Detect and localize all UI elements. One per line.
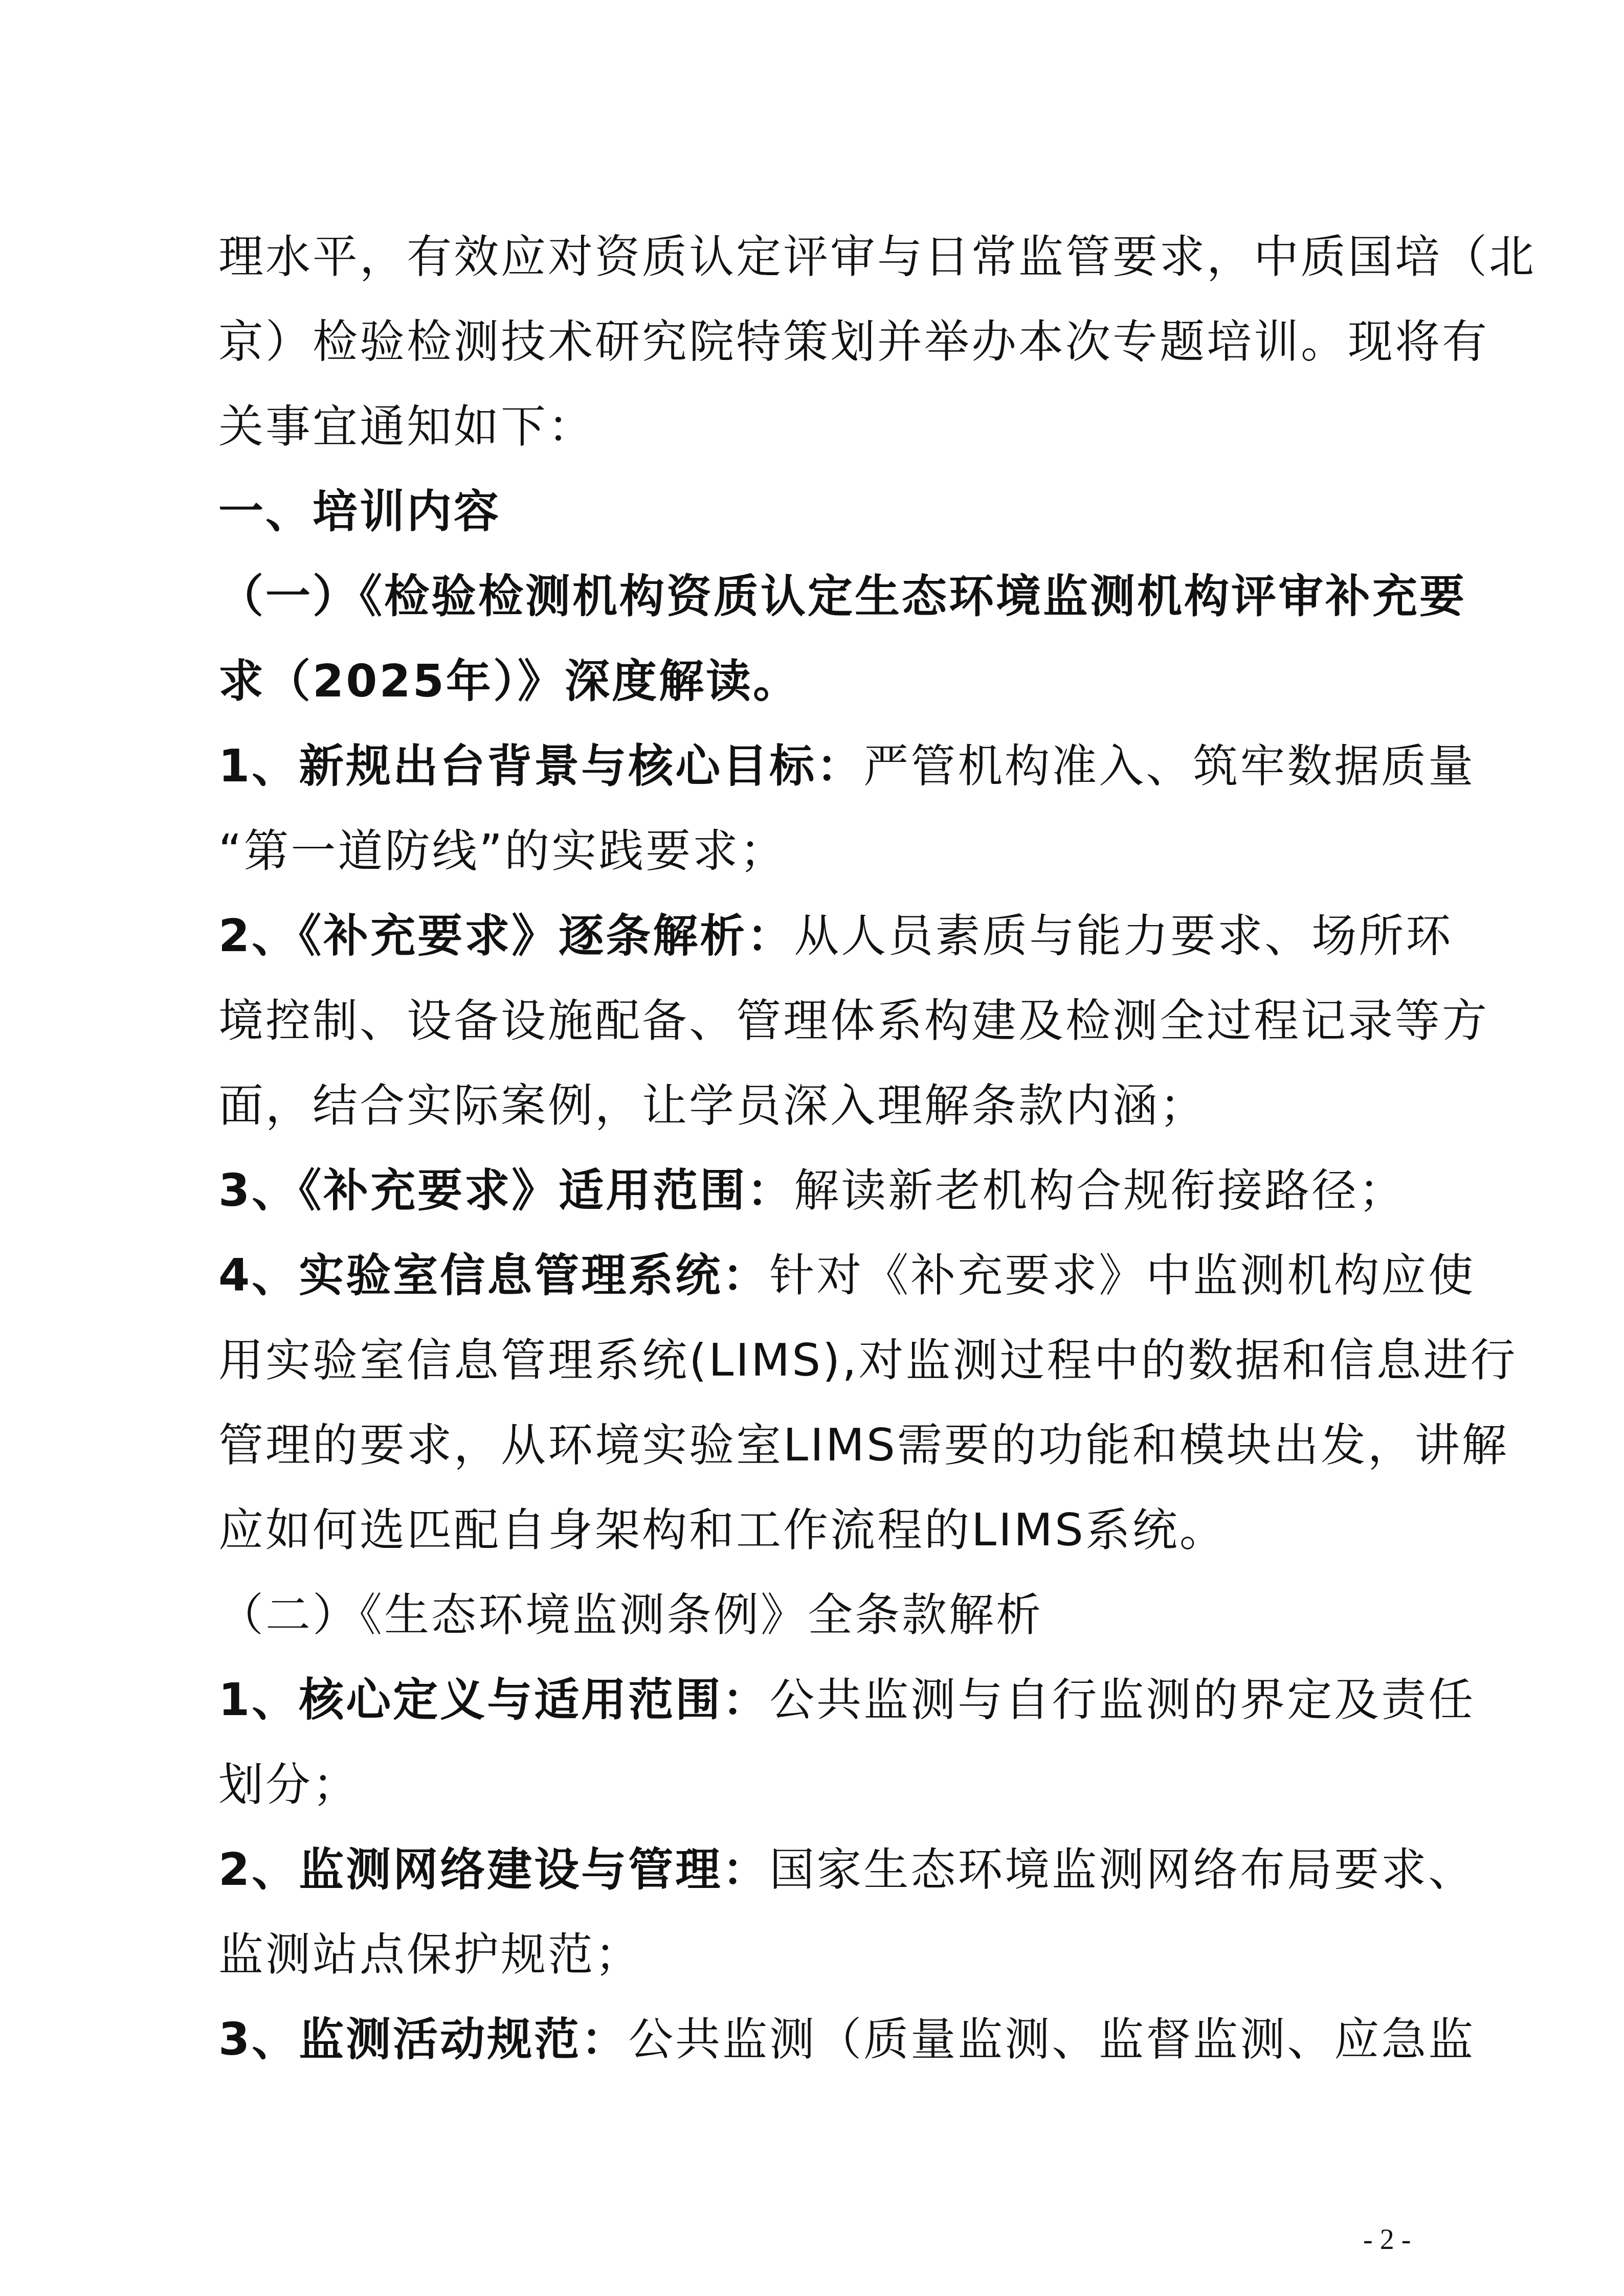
paragraph-line: 面，结合实际案例，让学员深入理解条款内涵； [218,1077,1415,1134]
page-number: - 2 - [1363,2222,1411,2258]
list-item: 2、《补充要求》逐条解析：从人员素质与能力要求、场所环 [218,908,1415,964]
list-item-title: 4、实验室信息管理系统： [218,1249,769,1301]
subsection-heading: 求（2025年）》深度解读。 [218,653,1415,709]
paragraph-line: 监测站点保护规范； [218,1926,1415,1983]
list-item: 1、新规出台背景与核心目标：严管机构准入、筑牢数据质量 [218,738,1415,794]
paragraph-line: 管理的要求，从环境实验室LIMS需要的功能和模块出发，讲解 [218,1417,1415,1473]
list-item-title: 1、新规出台背景与核心目标： [218,739,863,792]
paragraph-line: 划分； [218,1757,1415,1813]
list-item: 1、核心定义与适用范围：公共监测与自行监测的界定及责任 [218,1672,1415,1728]
list-item-body: 公共监测与自行监测的界定及责任 [769,1673,1475,1726]
paragraph-line: 用实验室信息管理系统(LIMS),对监测过程中的数据和信息进行 [218,1332,1415,1388]
paragraph-line: “第一道防线”的实践要求； [218,823,1415,879]
list-item-body: 解读新老机构合规衔接路径； [794,1164,1406,1217]
list-item-title: 2、监测网络建设与管理： [218,1843,769,1896]
section-heading: 一、培训内容 [218,483,1415,539]
list-item-body: 公共监测（质量监测、监督监测、应急监 [628,2013,1475,2065]
list-item-title: 2、《补充要求》逐条解析： [218,909,794,962]
list-item-title: 3、监测活动规范： [218,2013,628,2065]
paragraph-line: 理水平，有效应对资质认定评审与日常监管要求，中质国培（北 [218,229,1415,285]
list-item: 3、《补充要求》适用范围：解读新老机构合规衔接路径； [218,1162,1415,1219]
paragraph-line: 境控制、设备设施配备、管理体系构建及检测全过程记录等方 [218,993,1415,1049]
list-item-title: 3、《补充要求》适用范围： [218,1164,794,1217]
paragraph-line: 京）检验检测技术研究院特策划并举办本次专题培训。现将有 [218,313,1415,370]
subsection-heading: （二）《生态环境监测条例》全条款解析 [218,1587,1415,1643]
document-page: 理水平，有效应对资质认定评审与日常监管要求，中质国培（北 京）检验检测技术研究院… [0,0,1624,2296]
paragraph-line: 关事宜通知如下： [218,398,1415,455]
list-item-body: 从人员素质与能力要求、场所环 [794,909,1453,962]
list-item-body: 针对《补充要求》中监测机构应使 [769,1249,1475,1301]
subsection-heading: （一）《检验检测机构资质认定生态环境监测机构评审补充要 [218,568,1415,624]
paragraph-line: 应如何选匹配自身架构和工作流程的LIMS系统。 [218,1502,1415,1558]
list-item-title: 1、核心定义与适用范围： [218,1673,769,1726]
list-item-body: 严管机构准入、筑牢数据质量 [863,739,1475,792]
list-item: 2、监测网络建设与管理：国家生态环境监测网络布局要求、 [218,1841,1415,1898]
list-item: 4、实验室信息管理系统：针对《补充要求》中监测机构应使 [218,1247,1415,1303]
list-item: 3、监测活动规范：公共监测（质量监测、监督监测、应急监 [218,2011,1415,2067]
list-item-body: 国家生态环境监测网络布局要求、 [769,1843,1475,1896]
